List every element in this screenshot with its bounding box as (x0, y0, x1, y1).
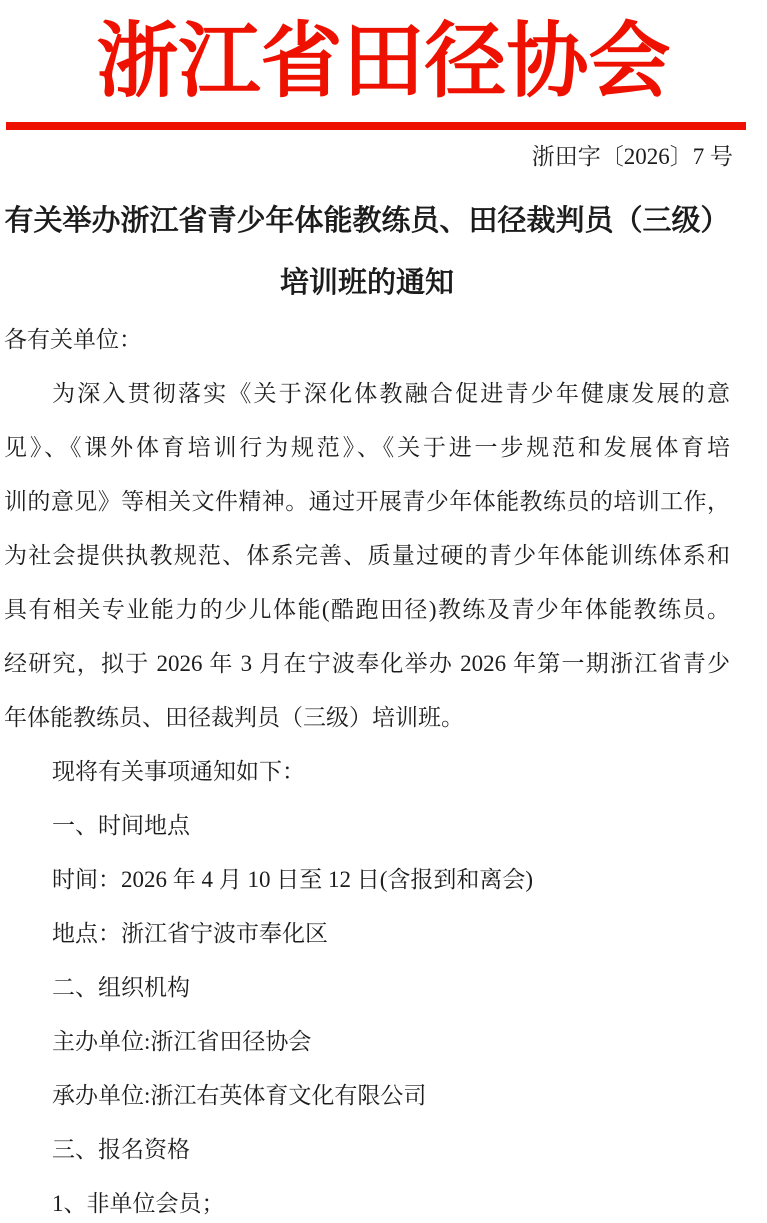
body-line: 具有相关专业能力的少儿体能(酷跑田径)教练及青少年体能教练员。 (4, 583, 730, 637)
body-line: 见》、《课外体育培训行为规范》、《关于进一步规范和发展体育培 (4, 421, 730, 475)
notice-body: 各有关单位： 为深入贯彻落实《关于深化体教融合促进青少年健康发展的意 见》、《课… (4, 313, 730, 1223)
body-line: 为社会提供执教规范、体系完善、质量过硬的青少年体能训练体系和 (4, 529, 730, 583)
body-line: 时间：2026 年 4 月 10 日至 12 日(含报到和离会) (4, 853, 730, 907)
notice-title-line-2: 培训班的通知 (4, 252, 730, 314)
body-line: 承办单位:浙江右英体育文化有限公司 (4, 1069, 730, 1123)
body-line: 现将有关事项通知如下： (4, 745, 730, 799)
body-line: 训的意见》等相关文件精神。通过开展青少年体能教练员的培训工作， (4, 475, 730, 529)
body-line-section-heading: 三、报名资格 (4, 1123, 730, 1177)
notice-title-line-1: 有关举办浙江省青少年体能教练员、田径裁判员（三级） (4, 190, 730, 252)
body-line-section-heading: 一、时间地点 (4, 799, 730, 853)
document-number: 浙田字〔2026〕7 号 (532, 143, 733, 170)
body-line: 年体能教练员、田径裁判员（三级）培训班。 (4, 691, 730, 745)
body-line: 主办单位:浙江省田径协会 (4, 1015, 730, 1069)
letterhead-title: 浙江省田径协会 (0, 14, 767, 110)
body-line-section-heading: 二、组织机构 (4, 961, 730, 1015)
body-line: 1、非单位会员； (4, 1177, 730, 1223)
letterhead-divider (6, 122, 746, 130)
body-line: 为深入贯彻落实《关于深化体教融合促进青少年健康发展的意 (4, 367, 730, 421)
notice-title: 有关举办浙江省青少年体能教练员、田径裁判员（三级） 培训班的通知 (4, 190, 730, 314)
salutation: 各有关单位： (4, 313, 730, 367)
body-line: 经研究，拟于 2026 年 3 月在宁波奉化举办 2026 年第一期浙江省青少 (4, 637, 730, 691)
body-line: 地点：浙江省宁波市奉化区 (4, 907, 730, 961)
document-page: 浙江省田径协会 浙田字〔2026〕7 号 有关举办浙江省青少年体能教练员、田径裁… (0, 0, 767, 1223)
